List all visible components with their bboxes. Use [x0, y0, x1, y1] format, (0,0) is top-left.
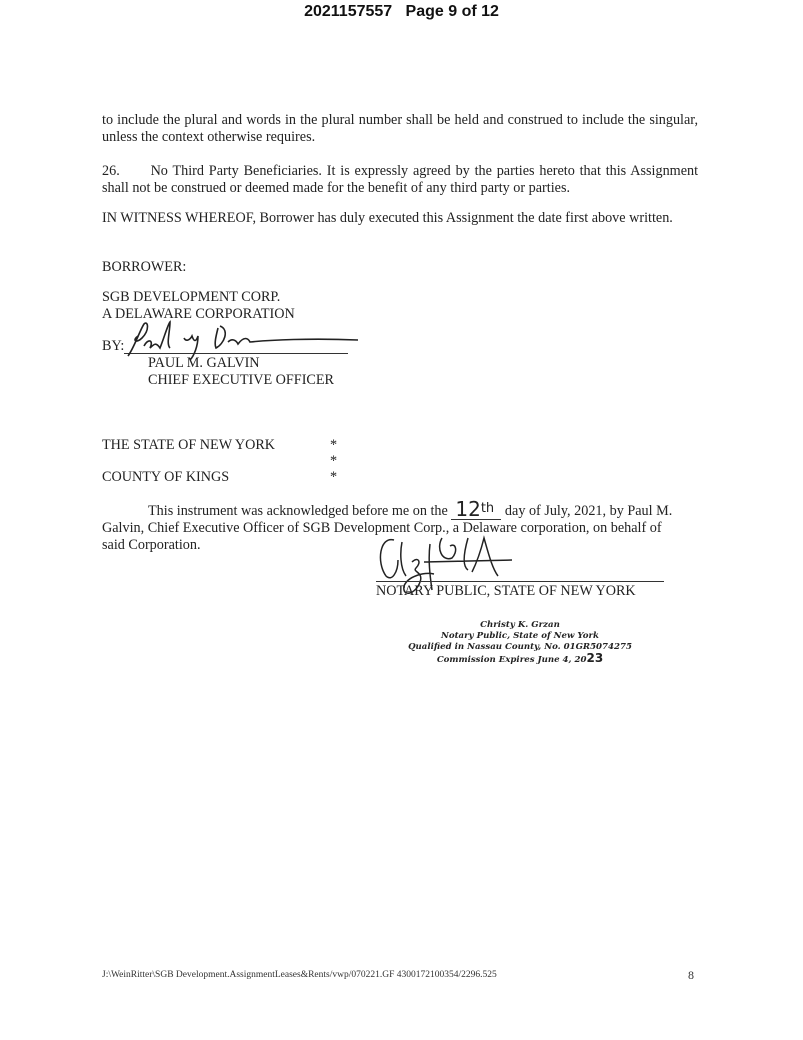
signer-title: CHIEF EXECUTIVE OFFICER [148, 372, 334, 389]
footer-file-path: J:\WeinRitter\SGB Development.Assignment… [102, 970, 497, 980]
section-title: No Third Party Beneficiaries. [151, 163, 322, 179]
notary-signature-line [376, 581, 664, 582]
stamp-expiry: Commission Expires June 4, 2023 [400, 653, 640, 666]
acknowledgment-day-blank: 12th [451, 505, 501, 520]
notary-title: NOTARY PUBLIC, STATE OF NEW YORK [376, 583, 636, 600]
borrower-company: SGB DEVELOPMENT CORP. [102, 289, 280, 306]
witness-clause: IN WITNESS WHEREOF, Borrower has duly ex… [102, 210, 673, 227]
page-indicator: Page 9 of 12 [406, 3, 499, 20]
stamp-name: Christy K. Grzan [400, 620, 640, 631]
signer-name: PAUL M. GALVIN [148, 355, 260, 372]
stamp-qualification: Qualified in Nassau County, No. 01GR5074… [400, 642, 640, 653]
footer-page-number: 8 [688, 968, 694, 983]
section-number: 26. [102, 163, 120, 179]
venue-state: THE STATE OF NEW YORK [102, 437, 275, 454]
borrower-label: BORROWER: [102, 259, 186, 276]
acknowledgment-line-3: said Corporation. [102, 537, 201, 554]
venue-asterisk-2: * [330, 453, 337, 470]
notary-stamp: Christy K. Grzan Notary Public, State of… [400, 620, 640, 666]
venue-county: COUNTY OF KINGS [102, 469, 229, 486]
recording-header: 2021157557 Page 9 of 12 [0, 3, 803, 21]
document-number: 2021157557 [304, 3, 392, 20]
section-26: 26. No Third Party Beneficiaries. It is … [102, 163, 698, 197]
acknowledgment-line-1: This instrument was acknowledged before … [148, 503, 672, 520]
stamp-expiry-year-handwritten: 23 [586, 651, 603, 665]
handwritten-day: 12th [455, 499, 494, 519]
venue-asterisk-3: * [330, 469, 337, 486]
stamp-commission: Notary Public, State of New York [400, 631, 640, 642]
venue-asterisk-1: * [330, 437, 337, 454]
continued-paragraph: to include the plural and words in the p… [102, 112, 698, 146]
